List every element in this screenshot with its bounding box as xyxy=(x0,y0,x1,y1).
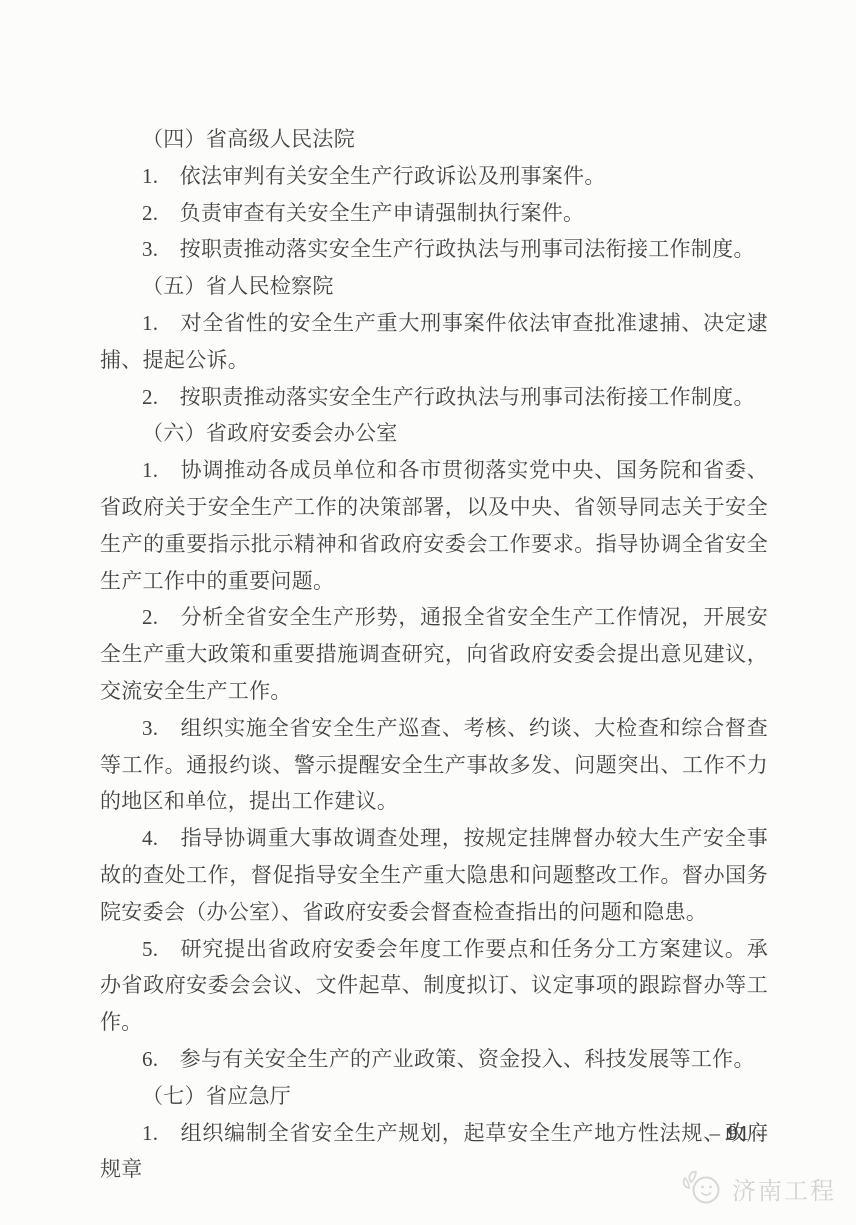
list-item: 1. 对全省性的安全生产重大刑事案件依法审查批准逮捕、决定逮捕、提起公诉。 xyxy=(100,305,768,379)
list-item: 1. 依法审判有关安全生产行政诉讼及刑事案件。 xyxy=(100,158,768,195)
list-item: 6. 参与有关安全生产的产业政策、资金投入、科技发展等工作。 xyxy=(100,1041,768,1078)
section-heading: （六）省政府安委会办公室 xyxy=(100,415,768,452)
section-heading: （七）省应急厅 xyxy=(100,1078,768,1115)
section-heading: （五）省人民检察院 xyxy=(100,268,768,305)
list-item: 1. 组织编制全省安全生产规划，起草安全生产地方性法规、政府规章 xyxy=(100,1115,768,1189)
page-number: – 91 – xyxy=(710,1121,769,1146)
list-item: 3. 组织实施全省安全生产巡查、考核、约谈、大检查和综合督查等工作。通报约谈、警… xyxy=(100,710,768,820)
document-page: （四）省高级人民法院 1. 依法审判有关安全生产行政诉讼及刑事案件。 2. 负责… xyxy=(0,0,856,1225)
watermark: 济南工程 xyxy=(681,1168,836,1208)
list-item: 2. 按职责推动落实安全生产行政执法与刑事司法衔接工作制度。 xyxy=(100,379,768,416)
list-item: 5. 研究提出省政府安委会年度工作要点和任务分工方案建议。承办省政府安委会会议、… xyxy=(100,931,768,1041)
list-item: 4. 指导协调重大事故调查处理，按规定挂牌督办较大生产安全事故的查处工作，督促指… xyxy=(100,820,768,930)
document-body: （四）省高级人民法院 1. 依法审判有关安全生产行政诉讼及刑事案件。 2. 负责… xyxy=(100,121,768,1188)
list-item: 3. 按职责推动落实安全生产行政执法与刑事司法衔接工作制度。 xyxy=(100,231,768,268)
watermark-text: 济南工程 xyxy=(732,1171,836,1206)
list-item: 2. 负责审查有关安全生产申请强制执行案件。 xyxy=(100,195,768,232)
list-item: 2. 分析全省安全生产形势，通报全省安全生产工作情况，开展安全生产重大政策和重要… xyxy=(100,599,768,709)
list-item: 1. 协调推动各成员单位和各市贯彻落实党中央、国务院和省委、省政府关于安全生产工… xyxy=(100,452,768,599)
section-heading: （四）省高级人民法院 xyxy=(100,121,768,158)
bird-face-logo-icon xyxy=(681,1168,725,1208)
